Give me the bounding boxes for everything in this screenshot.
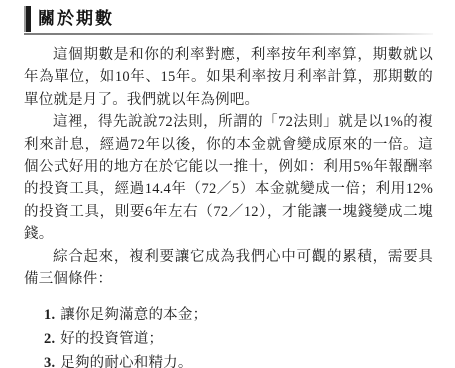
list-item-text: 好的投資管道； <box>60 331 163 347</box>
list-item-number: 1. <box>44 307 55 323</box>
list-item: 3.足夠的耐心和精力。 <box>44 351 433 368</box>
paragraph-summary: 綜合起來，複利要讓它成為我們心中可觀的累積，需要具備三個條件： <box>24 246 433 291</box>
list-item-text: 足夠的耐心和精力。 <box>60 355 192 368</box>
heading-row: 關於期數 <box>24 6 433 32</box>
paragraph-period-units: 這個期數是和你的利率對應，利率按年利率算，期數就以年為單位，如10年、15年。如… <box>24 44 433 111</box>
list-item-number: 2. <box>44 331 55 347</box>
section-heading: 關於期數 <box>24 6 433 35</box>
heading-underline <box>24 33 433 35</box>
conditions-list: 1.讓你足夠滿意的本金； 2.好的投資管道； 3.足夠的耐心和精力。 <box>24 303 433 368</box>
list-item: 1.讓你足夠滿意的本金； <box>44 303 433 327</box>
page-title: 關於期數 <box>38 6 114 32</box>
heading-accent-bar <box>24 6 31 32</box>
body-text: 這個期數是和你的利率對應，利率按年利率算，期數就以年為單位，如10年、15年。如… <box>24 44 433 290</box>
list-item-text: 讓你足夠滿意的本金； <box>60 307 207 323</box>
list-item: 2.好的投資管道； <box>44 327 433 351</box>
list-item-number: 3. <box>44 355 55 368</box>
document-page: 關於期數 這個期數是和你的利率對應，利率按年利率算，期數就以年為單位，如10年、… <box>0 0 455 368</box>
paragraph-rule-of-72: 這裡，得先說說72法則，所謂的「72法則」就是以1%的複利來計息，經過72年以後… <box>24 111 433 245</box>
